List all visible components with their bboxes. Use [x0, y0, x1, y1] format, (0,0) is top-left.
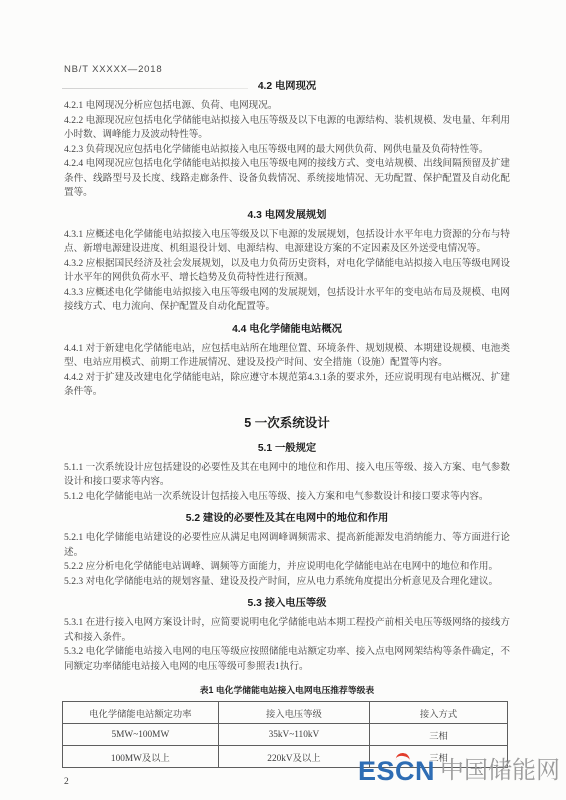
- table-cell-power-1: 5MW~100MW: [63, 724, 219, 746]
- table-1-caption: 表1 电化学储能电站接入电网电压推荐等级表: [64, 683, 510, 696]
- page-content: NB/T XXXXX—2018 4.2 电网现况 4.2.1 电网现况分析应包括…: [0, 0, 566, 787]
- table-header-row: 电化学储能电站额定功率 接入电压等级 接入方式: [63, 702, 508, 724]
- chapter-heading-5: 5 一次系统设计: [64, 415, 510, 431]
- table-header-connection-mode: 接入方式: [370, 702, 508, 724]
- section-heading-4-4: 4.4 电化学储能电站概况: [64, 323, 510, 336]
- paragraph-5-3-1: 5.3.1 在进行接入电网方案设计时，应简要说明电化学储能电站本期工程投产前相关…: [64, 616, 510, 645]
- paragraph-4-2-1: 4.2.1 电网现况分析应包括电源、负荷、电网现况。: [64, 99, 510, 114]
- paragraph-5-1-2: 5.1.2 电化学储能电站一次系统设计包括接入电压等级、接入方案和电气参数设计和…: [64, 490, 510, 505]
- document-page: NB/T XXXXX—2018 4.2 电网现况 4.2.1 电网现况分析应包括…: [0, 0, 566, 800]
- standard-number: NB/T XXXXX—2018: [64, 64, 510, 75]
- paragraph-4-3-1: 4.3.1 应概述电化学储能电站拟接入电压等级及以下电源的发展规划，包括设计水平…: [64, 228, 510, 257]
- paragraph-5-2-3: 5.2.3 对电化学储能电站的规划容量、建设及投产时间，应从电力系统角度提出分析…: [64, 575, 510, 590]
- paragraph-4-2-2: 4.2.2 电源现况应包括电化学储能电站拟接入电压等级及以下电源的电源结构、装机…: [64, 114, 510, 143]
- table-cell-voltage-2: 220kV及以上: [218, 746, 369, 768]
- paragraph-5-2-2: 5.2.2 应分析电化学储能电站调峰、调频等方面能力，并应说明电化学储能电站在电…: [64, 560, 510, 575]
- header-divider: [62, 88, 248, 89]
- paragraph-4-2-3: 4.2.3 负荷现况应包括电化学储能电站拟接入电压等级电网的最大网供负荷、网供电…: [64, 143, 510, 158]
- paragraph-4-3-2: 4.3.2 应根据国民经济及社会发展规划，以及电力负荷历史资料，对电化学储能电站…: [64, 257, 510, 286]
- paragraph-5-2-1: 5.2.1 电化学储能电站建设的必要性应从满足电网调峰调频需求、提高新能源发电消…: [64, 531, 510, 560]
- paragraph-5-1-1: 5.1.1 一次系统设计应包括建设的必要性及其在电网中的地位和作用、接入电压等级…: [64, 461, 510, 490]
- paragraph-4-3-3: 4.3.3 应概述电化学储能电站拟接入电压等级电网的发展规划，包括设计水平年的变…: [64, 286, 510, 315]
- paragraph-4-4-2: 4.4.2 对于扩建及改建电化学储能电站，除应遵守本规范第4.3.1条的要求外，…: [64, 371, 510, 400]
- table-header-rated-power: 电化学储能电站额定功率: [63, 702, 219, 724]
- table-cell-mode-1: 三相: [370, 724, 508, 746]
- escn-watermark: ESCN 中国储能网: [358, 756, 560, 786]
- escn-chinese-name: 中国储能网: [440, 756, 560, 786]
- section-heading-4-2: 4.2 电网现况: [64, 80, 510, 93]
- section-heading-5-3: 5.3 接入电压等级: [64, 597, 510, 610]
- table-cell-voltage-1: 35kV~110kV: [218, 724, 369, 746]
- section-heading-5-1: 5.1 一般规定: [64, 442, 510, 455]
- table-row: 5MW~100MW 35kV~110kV 三相: [63, 724, 508, 746]
- escn-letters-es: ES: [358, 756, 395, 786]
- escn-letter-n: N: [415, 756, 435, 786]
- section-heading-5-2: 5.2 建设的必要性及其在电网中的地位和作用: [64, 512, 510, 525]
- paragraph-4-4-1: 4.4.1 对于新建电化学储能电站，应包括电站所在地理位置、环境条件、规划规模、…: [64, 342, 510, 371]
- table-header-voltage-level: 接入电压等级: [218, 702, 369, 724]
- section-heading-4-3: 4.3 电网发展规划: [64, 209, 510, 222]
- escn-letter-c: C: [395, 756, 415, 786]
- escn-logo: ESCN: [358, 756, 435, 786]
- table-cell-power-2: 100MW及以上: [63, 746, 219, 768]
- paragraph-4-2-4: 4.2.4 电网现况应包括电化学储能电站拟接入电压等级电网的接线方式、变电站规模…: [64, 157, 510, 201]
- paragraph-5-3-2: 5.3.2 电化学储能电站接入电网的电压等级应按照储能电站额定功率、接入点电网网…: [64, 645, 510, 674]
